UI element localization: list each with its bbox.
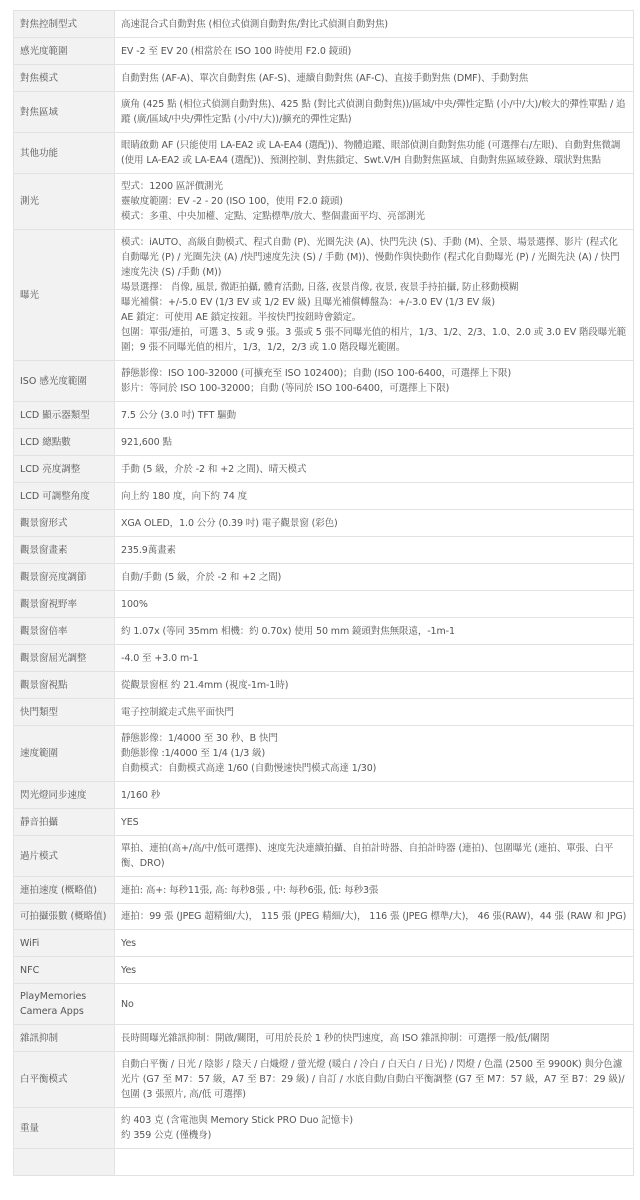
spec-label: 其他功能 <box>14 133 115 174</box>
spec-value: 100% <box>115 591 634 618</box>
spec-row: LCD 可調整角度 向上約 180 度，向下約 74 度 <box>14 483 634 510</box>
spec-table-body: 對焦控制型式 高速混合式自動對焦 (相位式偵測自動對焦/對比式偵測自動對焦) 感… <box>14 11 634 1176</box>
spec-row: 白平衡模式 自動白平衡 / 日光 / 陰影 / 陰天 / 白熾燈 / 螢光燈 (… <box>14 1052 634 1108</box>
spec-row: 對焦控制型式 高速混合式自動對焦 (相位式偵測自動對焦/對比式偵測自動對焦) <box>14 11 634 38</box>
spec-value: 235.9萬畫素 <box>115 537 634 564</box>
spec-label: NFC <box>14 957 115 984</box>
spec-value: EV -2 至 EV 20 (相當於在 ISO 100 時使用 F2.0 鏡頭) <box>115 38 634 65</box>
spec-value: XGA OLED，1.0 公分 (0.39 吋) 電子觀景窗 (彩色) <box>115 510 634 537</box>
spec-value: 廣角 (425 點 (相位式偵測自動對焦)、425 點 (對比式偵測自動對焦))… <box>115 92 634 133</box>
spec-value: 7.5 公分 (3.0 吋) TFT 驅動 <box>115 402 634 429</box>
spec-row: WiFi Yes <box>14 930 634 957</box>
spec-label: 感光度範圍 <box>14 38 115 65</box>
spec-row: 觀景窗屈光調整 -4.0 至 +3.0 m-1 <box>14 645 634 672</box>
spec-value: Yes <box>115 930 634 957</box>
spec-row: 觀景窗畫素 235.9萬畫素 <box>14 537 634 564</box>
spec-label: 白平衡模式 <box>14 1052 115 1108</box>
spec-row: 可拍攝張數 (概略值) 連拍：99 張 (JPEG 超精細/大)， 115 張 … <box>14 904 634 930</box>
spec-label: 速度範圍 <box>14 726 115 782</box>
spec-value: No <box>115 984 634 1025</box>
spec-label: LCD 亮度調整 <box>14 456 115 483</box>
spec-value: 靜態影像：ISO 100-32000 (可擴充至 ISO 102400)；自動 … <box>115 361 634 402</box>
spec-value: 模式：iAUTO、高級自動模式、程式自動 (P)、光圈先決 (A)、快門先決 (… <box>115 230 634 361</box>
spec-label: 曝光 <box>14 230 115 361</box>
spec-label: 靜音拍攝 <box>14 809 115 836</box>
spec-row: 觀景窗視野率 100% <box>14 591 634 618</box>
spec-value: 長時間曝光雜訊抑制：開啟/關閉，可用於長於 1 秒的快門速度，高 ISO 雜訊抑… <box>115 1025 634 1052</box>
spec-label: 觀景窗倍率 <box>14 618 115 645</box>
spec-value: 1/160 秒 <box>115 782 634 809</box>
spec-label: 連拍速度 (概略值) <box>14 877 115 904</box>
spec-label: 觀景窗亮度調節 <box>14 564 115 591</box>
spec-row: 觀景窗視點 從觀景窗框 約 21.4mm (視度-1m-1時) <box>14 672 634 699</box>
spec-value: YES <box>115 809 634 836</box>
spec-row: PlayMemories Camera Apps No <box>14 984 634 1025</box>
spec-row: 曝光 模式：iAUTO、高級自動模式、程式自動 (P)、光圈先決 (A)、快門先… <box>14 230 634 361</box>
spec-row: LCD 顯示器類型 7.5 公分 (3.0 吋) TFT 驅動 <box>14 402 634 429</box>
spec-label: 觀景窗視野率 <box>14 591 115 618</box>
spec-label: 閃光燈同步速度 <box>14 782 115 809</box>
spec-value: Yes <box>115 957 634 984</box>
spec-row <box>14 1149 634 1176</box>
spec-row: 速度範圍 靜態影像：1/4000 至 30 秒、B 快門 動態影像 :1/400… <box>14 726 634 782</box>
spec-row: LCD 亮度調整 手動 (5 級，介於 -2 和 +2 之間)、晴天模式 <box>14 456 634 483</box>
spec-row: 雜訊抑制 長時間曝光雜訊抑制：開啟/關閉，可用於長於 1 秒的快門速度，高 IS… <box>14 1025 634 1052</box>
spec-label: 觀景窗形式 <box>14 510 115 537</box>
spec-label: 可拍攝張數 (概略值) <box>14 904 115 930</box>
spec-row: 重量 約 403 克 (含電池與 Memory Stick PRO Duo 記憶… <box>14 1108 634 1149</box>
spec-value <box>115 1149 634 1176</box>
spec-row: 觀景窗形式 XGA OLED，1.0 公分 (0.39 吋) 電子觀景窗 (彩色… <box>14 510 634 537</box>
spec-table: 對焦控制型式 高速混合式自動對焦 (相位式偵測自動對焦/對比式偵測自動對焦) 感… <box>13 10 634 1176</box>
spec-value: 手動 (5 級，介於 -2 和 +2 之間)、晴天模式 <box>115 456 634 483</box>
spec-value: 自動白平衡 / 日光 / 陰影 / 陰天 / 白熾燈 / 螢光燈 (暖白 / 冷… <box>115 1052 634 1108</box>
spec-label: PlayMemories Camera Apps <box>14 984 115 1025</box>
spec-row: LCD 總點數 921,600 點 <box>14 429 634 456</box>
spec-label: LCD 可調整角度 <box>14 483 115 510</box>
spec-row: 觀景窗倍率 約 1.07x (等同 35mm 相機：約 0.70x) 使用 50… <box>14 618 634 645</box>
spec-value: 約 1.07x (等同 35mm 相機：約 0.70x) 使用 50 mm 鏡頭… <box>115 618 634 645</box>
spec-value: 從觀景窗框 約 21.4mm (視度-1m-1時) <box>115 672 634 699</box>
spec-row: 測光 型式：1200 區評價測光 靈敏度範圍：EV -2 - 20 (ISO 1… <box>14 174 634 230</box>
spec-value: 約 403 克 (含電池與 Memory Stick PRO Duo 記憶卡) … <box>115 1108 634 1149</box>
spec-value: 921,600 點 <box>115 429 634 456</box>
spec-row: ISO 感光度範圍 靜態影像：ISO 100-32000 (可擴充至 ISO 1… <box>14 361 634 402</box>
spec-value: 連拍: 高+: 每秒11張, 高: 每秒8張 , 中: 每秒6張, 低: 每秒3… <box>115 877 634 904</box>
spec-value: 高速混合式自動對焦 (相位式偵測自動對焦/對比式偵測自動對焦) <box>115 11 634 38</box>
spec-label: 對焦區域 <box>14 92 115 133</box>
spec-value: 眼睛啟動 AF (只能使用 LA-EA2 或 LA-EA4 (選配))、物體追蹤… <box>115 133 634 174</box>
spec-label: 測光 <box>14 174 115 230</box>
spec-row: 對焦模式 自動對焦 (AF-A)、單次自動對焦 (AF-S)、連續自動對焦 (A… <box>14 65 634 92</box>
spec-value: 連拍：99 張 (JPEG 超精細/大)， 115 張 (JPEG 精細/大)，… <box>115 904 634 930</box>
spec-label: 對焦模式 <box>14 65 115 92</box>
spec-label: 觀景窗視點 <box>14 672 115 699</box>
spec-label: 過片模式 <box>14 836 115 877</box>
spec-row: 其他功能 眼睛啟動 AF (只能使用 LA-EA2 或 LA-EA4 (選配))… <box>14 133 634 174</box>
spec-row: 感光度範圍 EV -2 至 EV 20 (相當於在 ISO 100 時使用 F2… <box>14 38 634 65</box>
spec-value: -4.0 至 +3.0 m-1 <box>115 645 634 672</box>
spec-value: 自動對焦 (AF-A)、單次自動對焦 (AF-S)、連續自動對焦 (AF-C)、… <box>115 65 634 92</box>
spec-value: 電子控制縱走式焦平面快門 <box>115 699 634 726</box>
spec-label: WiFi <box>14 930 115 957</box>
spec-label: 雜訊抑制 <box>14 1025 115 1052</box>
spec-label <box>14 1149 115 1176</box>
spec-label: 對焦控制型式 <box>14 11 115 38</box>
spec-row: 閃光燈同步速度 1/160 秒 <box>14 782 634 809</box>
spec-label: LCD 顯示器類型 <box>14 402 115 429</box>
spec-label: LCD 總點數 <box>14 429 115 456</box>
spec-row: 過片模式 單拍、連拍(高+/高/中/低可選擇)、速度先決連續拍攝、自拍計時器、自… <box>14 836 634 877</box>
spec-row: 快門類型 電子控制縱走式焦平面快門 <box>14 699 634 726</box>
spec-label: 重量 <box>14 1108 115 1149</box>
spec-value: 靜態影像：1/4000 至 30 秒、B 快門 動態影像 :1/4000 至 1… <box>115 726 634 782</box>
spec-value: 單拍、連拍(高+/高/中/低可選擇)、速度先決連續拍攝、自拍計時器、自拍計時器 … <box>115 836 634 877</box>
spec-row: 靜音拍攝 YES <box>14 809 634 836</box>
spec-row: 對焦區域 廣角 (425 點 (相位式偵測自動對焦)、425 點 (對比式偵測自… <box>14 92 634 133</box>
spec-row: 觀景窗亮度調節 自動/手動 (5 級，介於 -2 和 +2 之間) <box>14 564 634 591</box>
spec-row: NFC Yes <box>14 957 634 984</box>
spec-label: ISO 感光度範圍 <box>14 361 115 402</box>
spec-row: 連拍速度 (概略值) 連拍: 高+: 每秒11張, 高: 每秒8張 , 中: 每… <box>14 877 634 904</box>
spec-value: 自動/手動 (5 級，介於 -2 和 +2 之間) <box>115 564 634 591</box>
spec-label: 快門類型 <box>14 699 115 726</box>
spec-value: 向上約 180 度，向下約 74 度 <box>115 483 634 510</box>
spec-label: 觀景窗畫素 <box>14 537 115 564</box>
spec-value: 型式：1200 區評價測光 靈敏度範圍：EV -2 - 20 (ISO 100，… <box>115 174 634 230</box>
spec-label: 觀景窗屈光調整 <box>14 645 115 672</box>
